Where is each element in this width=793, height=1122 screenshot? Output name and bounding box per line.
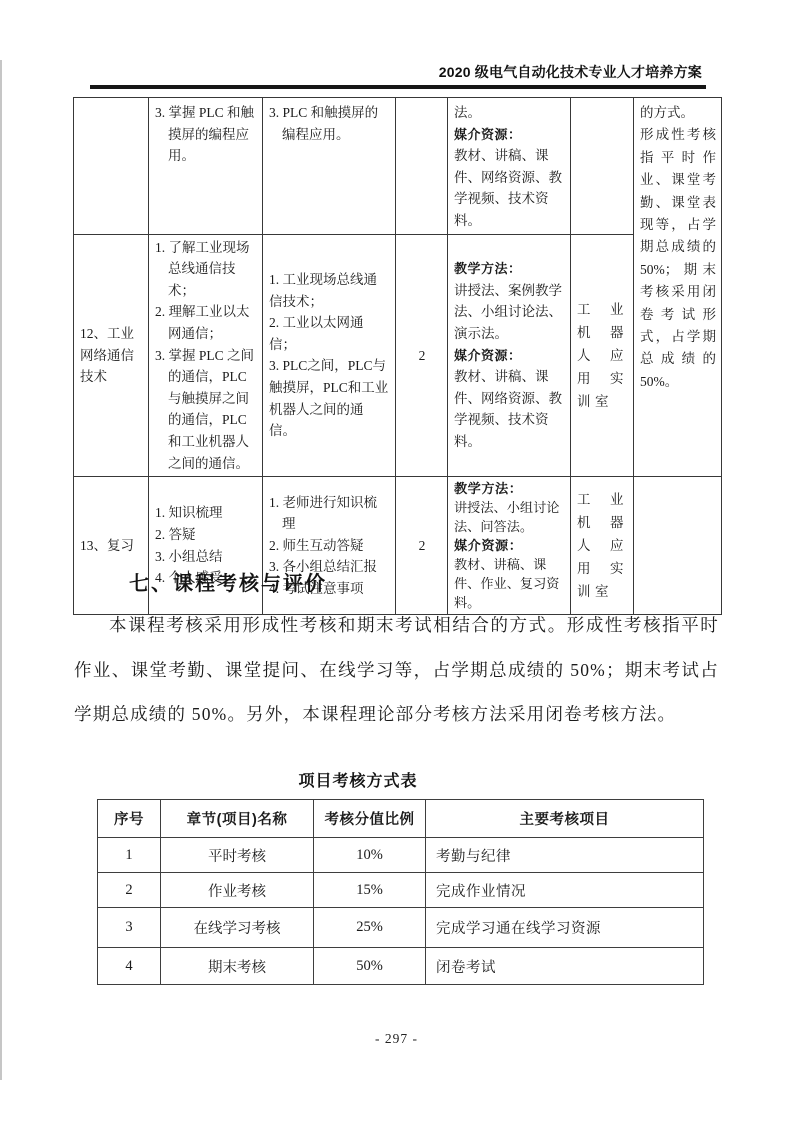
cell-objectives: 3. 掌握 PLC 和触摸屏的编程应用。 (149, 98, 263, 235)
content-item: 3. PLC 和触摸屏的编程应用。 (269, 102, 390, 145)
content-item: 3. PLC之间，PLC与触摸屏，PLC和工业机器人之间的通信。 (269, 355, 390, 441)
cell-items: 闭卷考试 (426, 948, 704, 985)
cell-assessment-empty (634, 477, 722, 615)
objective-item: 2. 答疑 (155, 524, 257, 546)
cell-training-room: 工业机器人应用实训室 (571, 477, 634, 615)
teaching-method-label: 教学方法： (454, 479, 565, 498)
header-divider (90, 85, 706, 89)
cell-ratio: 50% (314, 948, 426, 985)
section-heading: 七、课程考核与评价 (129, 567, 327, 596)
cell-methods-media: 法。 媒介资源： 教材、讲稿、课件、网络资源、教学视频、技术资料。 (448, 98, 571, 235)
cell-ratio: 10% (314, 838, 426, 873)
objective-item: 1. 知识梳理 (155, 502, 257, 524)
method-continued-text: 法。 (454, 102, 565, 124)
content-item: 1. 老师进行知识梳理 (269, 492, 390, 535)
cell-objectives: 1. 了解工业现场总线通信技术； 2. 理解工业以太网通信； 3. 掌握 PLC… (149, 234, 263, 477)
media-resources-label: 媒介资源： (454, 345, 565, 367)
objective-item: 3. 小组总结 (155, 546, 257, 568)
page-number: - 297 - (0, 1031, 793, 1047)
cell-no: 1 (98, 838, 161, 873)
cell-items: 完成学习通在线学习资源 (426, 908, 704, 948)
content-item: 1. 工业现场总线通信技术； (269, 269, 390, 312)
cell-name: 平时考核 (161, 838, 314, 873)
column-header-no: 序号 (98, 800, 161, 838)
table-row: 4 期末考核 50% 闭卷考试 (98, 948, 704, 985)
cell-hours: 2 (396, 477, 448, 615)
content-item: 2. 工业以太网通信； (269, 312, 390, 355)
document-page: 2020 级电气自动化技术专业人才培养方案 3. 掌握 PLC 和触摸屏的编程应… (0, 0, 793, 1122)
table-row: 3. 掌握 PLC 和触摸屏的编程应用。 3. PLC 和触摸屏的编程应用。 法… (74, 98, 722, 235)
column-header-name: 章节(项目)名称 (161, 800, 314, 838)
assessment-text: 形成性考核指平时作业、课堂考勤、课堂表现等，占学期总成绩的 50%；期末考核采用… (640, 124, 716, 393)
table-row: 3 在线学习考核 25% 完成学习通在线学习资源 (98, 908, 704, 948)
cell-contents: 3. PLC 和触摸屏的编程应用。 (263, 98, 396, 235)
running-header-title: 2020 级电气自动化技术专业人才培养方案 (200, 62, 702, 82)
objective-item: 3. 掌握 PLC 之间的通信，PLC 与触摸屏之间的通信，PLC 和工业机器人… (155, 345, 257, 475)
teaching-method-text: 讲授法、案例教学法、小组讨论法、演示法。 (454, 280, 565, 345)
assessment-continued-text: 的方式。 (640, 102, 716, 124)
objective-item: 2. 理解工业以太网通信； (155, 301, 257, 344)
cell-methods-media: 教学方法： 讲授法、案例教学法、小组讨论法、演示法。 媒介资源： 教材、讲稿、课… (448, 234, 571, 477)
cell-assessment: 的方式。 形成性考核指平时作业、课堂考勤、课堂表现等，占学期总成绩的 50%；期… (634, 98, 722, 477)
cell-no: 3 (98, 908, 161, 948)
cell-ratio: 15% (314, 873, 426, 908)
cell-training-room: 工业机器人应用实训室 (571, 234, 634, 477)
assessment-table-title: 项目考核方式表 (30, 768, 686, 791)
cell-methods-media: 教学方法： 讲授法、小组讨论法、问答法。 媒介资源： 教材、讲稿、课件、作业、复… (448, 477, 571, 615)
assessment-method-table: 序号 章节(项目)名称 考核分值比例 主要考核项目 1 平时考核 10% 考勤与… (97, 799, 704, 985)
objective-item: 3. 掌握 PLC 和触摸屏的编程应用。 (155, 102, 257, 167)
cell-items: 完成作业情况 (426, 873, 704, 908)
scan-edge-artifact (0, 60, 2, 1080)
cell-ratio: 25% (314, 908, 426, 948)
table-row: 2 作业考核 15% 完成作业情况 (98, 873, 704, 908)
cell-name: 作业考核 (161, 873, 314, 908)
cell-room-empty (571, 98, 634, 235)
cell-no: 4 (98, 948, 161, 985)
content-item: 2. 师生互动答疑 (269, 535, 390, 557)
media-resources-label: 媒介资源： (454, 124, 565, 146)
table-row: 1 平时考核 10% 考勤与纪律 (98, 838, 704, 873)
cell-name: 在线学习考核 (161, 908, 314, 948)
course-schedule-table: 3. 掌握 PLC 和触摸屏的编程应用。 3. PLC 和触摸屏的编程应用。 法… (73, 97, 722, 615)
teaching-method-label: 教学方法： (454, 258, 565, 280)
cell-chapter-empty (74, 98, 149, 235)
table-header-row: 序号 章节(项目)名称 考核分值比例 主要考核项目 (98, 800, 704, 838)
column-header-ratio: 考核分值比例 (314, 800, 426, 838)
column-header-items: 主要考核项目 (426, 800, 704, 838)
cell-hours: 2 (396, 234, 448, 477)
table-row: 12、工业网络通信技术 1. 了解工业现场总线通信技术； 2. 理解工业以太网通… (74, 234, 722, 477)
media-resources-label: 媒介资源： (454, 536, 565, 555)
media-resources-text: 教材、讲稿、课件、网络资源、教学视频、技术资料。 (454, 366, 565, 452)
objective-item: 1. 了解工业现场总线通信技术； (155, 237, 257, 302)
cell-hours-empty (396, 98, 448, 235)
cell-name: 期末考核 (161, 948, 314, 985)
cell-contents: 1. 工业现场总线通信技术； 2. 工业以太网通信； 3. PLC之间，PLC与… (263, 234, 396, 477)
teaching-method-text: 讲授法、小组讨论法、问答法。 (454, 498, 565, 536)
cell-no: 2 (98, 873, 161, 908)
section-paragraph: 本课程考核采用形成性考核和期末考试相结合的方式。形成性考核指平时作业、课堂考勤、… (74, 603, 719, 737)
cell-items: 考勤与纪律 (426, 838, 704, 873)
cell-chapter: 12、工业网络通信技术 (74, 234, 149, 477)
media-resources-text: 教材、讲稿、课件、网络资源、教学视频、技术资料。 (454, 145, 565, 231)
